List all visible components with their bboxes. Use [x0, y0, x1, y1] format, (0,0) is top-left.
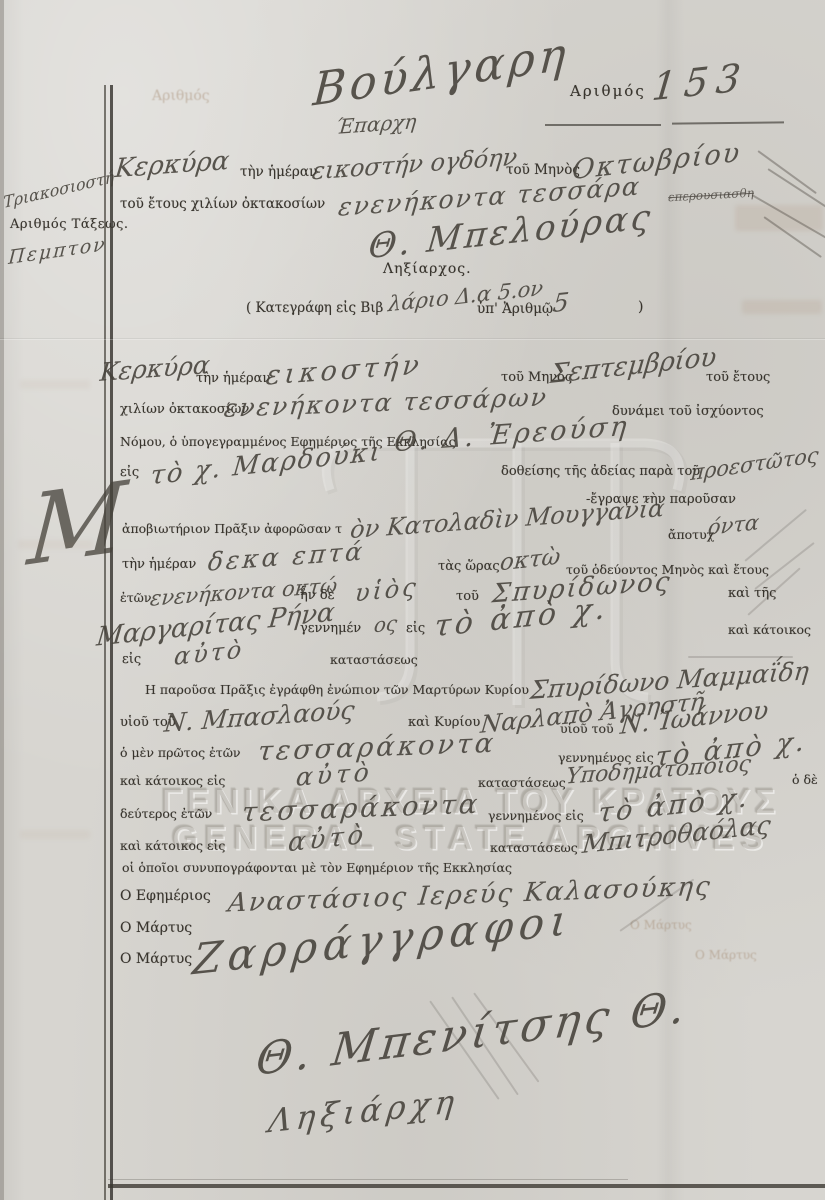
- hw-order-number-value: Πεμπτον: [8, 233, 108, 269]
- ghost-martys-2: Ο Μάρτυς: [695, 948, 757, 962]
- body-day2-label: τὴν ἡμέραν: [122, 557, 196, 572]
- page-left-edge: [0, 0, 4, 1200]
- body-at2-label: εἰς: [406, 621, 425, 636]
- hw-registrar-word: Ληξιάρχη: [266, 1082, 460, 1141]
- number-underline-1: [545, 124, 661, 126]
- ghost-bar: [20, 830, 90, 839]
- hw-margin-note: Τριακοσιοστή: [3, 167, 115, 212]
- number-label: Αριθμός: [570, 82, 646, 100]
- hw-body-day: εικοστήν: [265, 349, 425, 391]
- witness-status1-label: καταστάσεως: [478, 775, 566, 790]
- hw-margin-monogram: M: [24, 460, 129, 588]
- body-of-label: τοῦ: [456, 589, 479, 604]
- body-born-label: γεννημέν: [300, 621, 361, 636]
- ghost-number-label: Αριθμός: [152, 88, 210, 104]
- hw-witness1-residence: αὐτὸ: [295, 757, 375, 792]
- hw-eparchy: Έπαρχη: [335, 109, 418, 139]
- ghost-bar: [20, 380, 90, 389]
- witness-born2-label: γεννημένος εἰς: [488, 808, 584, 823]
- witness2-label: Ο Μάρτυς: [120, 951, 192, 967]
- body-status-label: καταστάσεως: [330, 652, 418, 667]
- body-day-label: τὴν ἡμέραν: [196, 371, 270, 386]
- witness-res1-label: καὶ κάτοικος εἰς: [120, 773, 225, 788]
- hw-born-suffix: ος: [373, 611, 399, 638]
- body-at-label: εἰς: [120, 465, 139, 480]
- hw-act-number: 153: [650, 55, 751, 110]
- ghost-bar: [742, 300, 822, 314]
- number-underline-2: [672, 121, 784, 124]
- witness1-label: Ο Μάρτυς: [120, 920, 192, 936]
- ghost-martys-1: Ο Μάρτυς: [630, 918, 692, 932]
- hw-header-day: εικοστήν ογδόην: [311, 143, 519, 186]
- hw-body-month: Σεπτεμβρίου: [549, 342, 718, 390]
- witness-status2-label: καταστάσεως: [490, 840, 578, 855]
- priest-label: Ο Εφημέριος: [120, 888, 211, 904]
- hw-deceased-cont: όντα: [707, 510, 761, 540]
- registered-close-label: ): [638, 299, 643, 315]
- bottom-rule: [108, 1184, 825, 1188]
- body-resident-label: καὶ κάτοικος: [728, 622, 811, 637]
- bottom-rule-echo: [108, 1179, 628, 1180]
- body-hours-label: τὰς ὥρας: [438, 559, 500, 574]
- ghost-bar: [18, 540, 93, 549]
- hw-body-place: Κερκύρα: [99, 350, 212, 387]
- body-law-label: δυνάμει τοῦ ἰσχύοντος: [612, 404, 764, 419]
- hw-closing-signature: Θ. Μπενίτσης Θ.: [253, 981, 691, 1086]
- hw-page-title: Βούλγαρη: [311, 26, 571, 116]
- hw-witness1-father: Ν. Μπασλαούς: [163, 695, 356, 738]
- body-at3-label: εἰς: [122, 652, 141, 667]
- pencil-scribble: [757, 150, 816, 194]
- witness-first-label: ὁ μὲν πρῶτος ἐτῶν: [120, 745, 241, 760]
- registrar-label: Ληξίαρχος.: [383, 261, 472, 277]
- witness-res2-label: καὶ κάτοικος εἰς: [120, 838, 225, 853]
- witness-second-label: δεύτερος ἐτῶν: [120, 806, 212, 821]
- header-day-label: τὴν ἡμέραν: [240, 164, 317, 180]
- witness-son2-label: υἱοῦ τοῦ: [560, 721, 614, 736]
- body-act-label: ἀποβιωτήριον Πρᾶξιν ἀφορῶσαν τ: [122, 521, 342, 536]
- witness-intro-label: Η παροῦσα Πρᾶξις ἐγράφθη ἐνώπιον τῶν Μαρ…: [145, 682, 529, 697]
- scanned-document-page: ΓΕΝΙΚΑ ΑΡΧΕΙΑ ΤΟΥ ΚΡΑΤΟΥΣ GENERAL STATE …: [0, 0, 825, 1200]
- hw-register-number: 5: [551, 287, 570, 318]
- under-number-label: ὑπ' Ἀριθμῷ: [477, 301, 553, 317]
- registered-open-label: ( Κατεγράφη εἰς Βιβ: [246, 300, 383, 316]
- witness-ode-label: ὁ δὲ: [792, 772, 818, 787]
- body-age-label: ἐτῶν: [120, 590, 151, 605]
- body-year-label: τοῦ ἔτους: [706, 370, 770, 385]
- order-number-label: Αριθμός Τάξεως.: [10, 217, 129, 232]
- paper-crease: [0, 338, 825, 339]
- hw-witness1-age: τεσσαράκοντα: [256, 728, 497, 767]
- hw-header-note: επερουσιασθη: [668, 186, 755, 204]
- witness-cosign-label: οἱ ὁποῖοι συνυπογράφονται μὲ τὸν Εφημέρι…: [122, 860, 512, 875]
- hw-header-place: Κερκύρα: [114, 146, 231, 184]
- body-permission-label: δοθείσης τῆς ἀδείας παρὰ τοῦ: [501, 464, 700, 479]
- header-year-label: τοῦ ἔτους χιλίων ὀκτακοσίων: [120, 196, 325, 212]
